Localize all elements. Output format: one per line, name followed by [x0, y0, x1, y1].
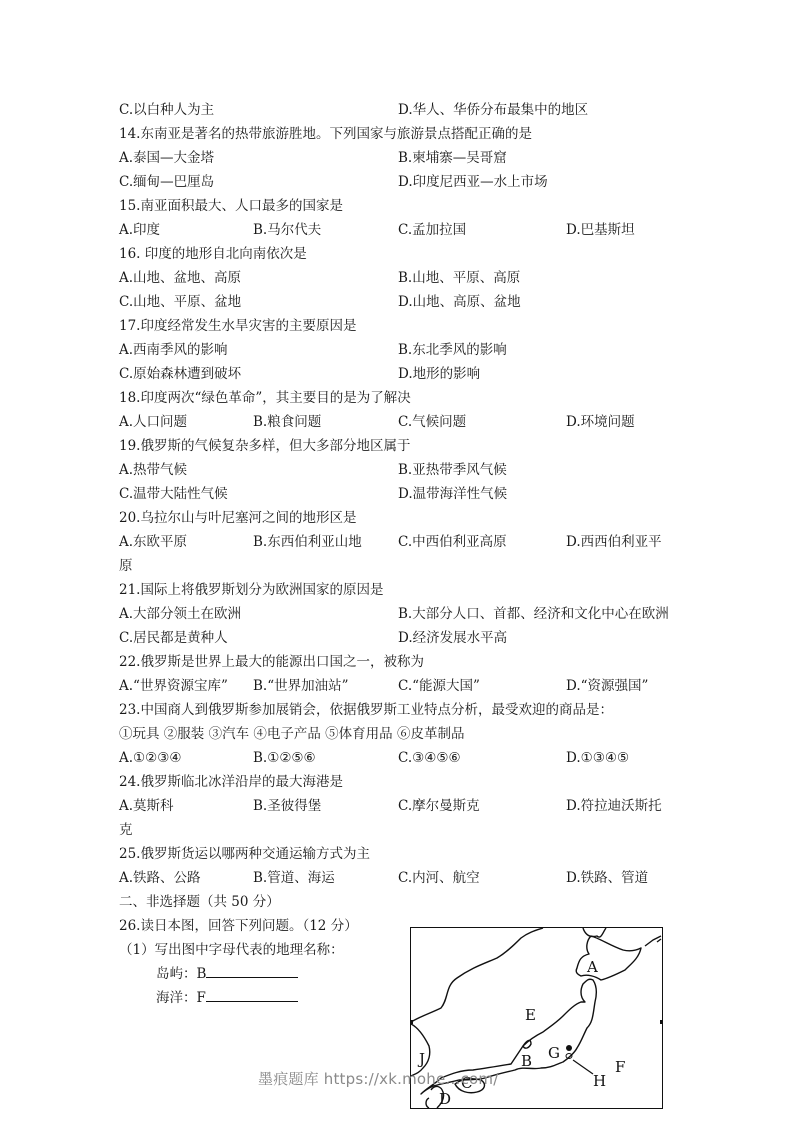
- question-stem: 24.俄罗斯临北冰洋沿岸的最大海港是: [119, 771, 343, 793]
- answer-option: B.管道、海运: [253, 867, 335, 889]
- map-label: J: [419, 1050, 425, 1068]
- answer-option: A.铁路、公路: [119, 867, 201, 889]
- answer-option: A.大部分领土在欧洲: [119, 603, 241, 625]
- answer-option: D.铁路、管道: [566, 867, 648, 889]
- question-stem: 26.读日本图，回答下列问题。（12 分）: [119, 915, 358, 937]
- watermark-text: 墨痕题库 https://xk.mohe…com/: [258, 1068, 498, 1089]
- map-label: B: [521, 1052, 532, 1070]
- answer-option: D.地形的影响: [398, 363, 480, 385]
- answer-options-row: A.人口问题B.粮食问题C.气候问题D.环境问题: [119, 411, 679, 433]
- answer-options-row: A.印度B.马尔代夫C.孟加拉国D.巴基斯坦: [119, 219, 679, 241]
- answer-option: D.华人、华侨分布最集中的地区: [398, 99, 588, 121]
- answer-options-row: C.温带大陆性气候D.温带海洋性气候: [119, 483, 679, 505]
- question-stem: 15.南亚面积最大、人口最多的国家是: [119, 195, 343, 217]
- question-stem: 20.乌拉尔山与叶尼塞河之间的地形区是: [119, 507, 356, 529]
- answer-option: C.原始森林遭到破坏: [119, 363, 241, 385]
- map-label: A: [587, 958, 598, 976]
- answer-option: B.亚热带季风气候: [398, 459, 507, 481]
- answer-option: C.居民都是黄种人: [119, 627, 228, 649]
- answer-options-row: A.①②③④B.①②⑤⑥C.③④⑤⑥D.①③④⑤: [119, 747, 679, 769]
- answer-options-row: C.缅甸—巴厘岛D.印度尼西亚—水上市场: [119, 171, 679, 193]
- answer-option: B.①②⑤⑥: [253, 747, 316, 769]
- answer-option: A.东欧平原: [119, 531, 187, 553]
- answer-option: C.③④⑤⑥: [398, 747, 461, 769]
- answer-option: D.温带海洋性气候: [398, 483, 507, 505]
- answer-option: C.缅甸—巴厘岛: [119, 171, 214, 193]
- answer-option: D.①③④⑤: [566, 747, 629, 769]
- answer-option: D.印度尼西亚—水上市场: [398, 171, 548, 193]
- answer-options-row: A.铁路、公路B.管道、海运C.内河、航空D.铁路、管道: [119, 867, 679, 889]
- answer-option: D.经济发展水平高: [398, 627, 507, 649]
- answer-options-row: A.泰国—大金塔B.柬埔寨—吴哥窟: [119, 147, 679, 169]
- answer-option: D.环境问题: [566, 411, 635, 433]
- answer-options-row: A.热带气候B.亚热带季风气候: [119, 459, 679, 481]
- fill-in-blank-row: 岛屿：B: [156, 963, 298, 985]
- answer-option: D.巴基斯坦: [566, 219, 635, 241]
- question-stem: 23.中国商人到俄罗斯参加展销会，依据俄罗斯工业特点分析，最受欢迎的商品是：: [119, 699, 613, 721]
- question-stem: 25.俄罗斯货运以哪两种交通运输方式为主: [119, 843, 370, 865]
- question-stem: 克: [119, 819, 133, 841]
- answer-options-row: A.“世界资源宝库”B.“世界加油站”C.“能源大国”D.“资源强国”: [119, 675, 679, 697]
- answer-options-row: A.西南季风的影响B.东北季风的影响: [119, 339, 679, 361]
- answer-option: D.“资源强国”: [566, 675, 648, 697]
- answer-options-row: A.山地、盆地、高原B.山地、平原、高原: [119, 267, 679, 289]
- answer-options-row: A.莫斯科B.圣彼得堡C.摩尔曼斯克D.符拉迪沃斯托: [119, 795, 679, 817]
- answer-option: C.孟加拉国: [398, 219, 466, 241]
- fill-in-blank-row: 海洋：F: [156, 987, 298, 1009]
- answer-option: B.东北季风的影响: [398, 339, 507, 361]
- answer-options-row: A.东欧平原B.东西伯利亚山地C.中西伯利亚高原D.西西伯利亚平: [119, 531, 679, 553]
- answer-option: A.“世界资源宝库”: [119, 675, 228, 697]
- map-label: H: [593, 1072, 606, 1090]
- answer-option: B.“世界加油站”: [253, 675, 349, 697]
- question-stem: 21.国际上将俄罗斯划分为欧洲国家的原因是: [119, 579, 383, 601]
- map-label: F: [615, 1058, 625, 1076]
- answer-option: A.人口问题: [119, 411, 187, 433]
- answer-option: C.摩尔曼斯克: [398, 795, 480, 817]
- map-label: D: [439, 1090, 451, 1108]
- answer-option: A.印度: [119, 219, 160, 241]
- answer-option: B.山地、平原、高原: [398, 267, 520, 289]
- question-stem: ①玩具 ②服装 ③汽车 ④电子产品 ⑤体育用品 ⑥皮革制品: [119, 723, 464, 745]
- question-stem: 原: [119, 555, 133, 577]
- question-stem: 22.俄罗斯是世界上最大的能源出口国之一，被称为: [119, 651, 424, 673]
- answer-options-row: C.原始森林遭到破坏D.地形的影响: [119, 363, 679, 385]
- answer-option: B.柬埔寨—吴哥窟: [398, 147, 507, 169]
- answer-options-row: C.以白种人为主D.华人、华侨分布最集中的地区: [119, 99, 679, 121]
- answer-option: C.山地、平原、盆地: [119, 291, 241, 313]
- answer-option: C.以白种人为主: [119, 99, 214, 121]
- answer-blank-line: [206, 963, 298, 978]
- answer-option: B.粮食问题: [253, 411, 321, 433]
- answer-option: A.西南季风的影响: [119, 339, 228, 361]
- answer-option: C.温带大陆性气候: [119, 483, 228, 505]
- answer-option: B.东西伯利亚山地: [253, 531, 362, 553]
- answer-options-row: A.大部分领土在欧洲B.大部分人口、首都、经济和文化中心在欧洲: [119, 603, 679, 625]
- answer-option: C.中西伯利亚高原: [398, 531, 507, 553]
- answer-option: D.西西伯利亚平: [566, 531, 662, 553]
- answer-option: C.“能源大国”: [398, 675, 480, 697]
- question-stem: （1）写出图中字母代表的地理名称：: [119, 939, 344, 961]
- blank-label: 海洋：F: [156, 990, 206, 1006]
- answer-option: A.泰国—大金塔: [119, 147, 214, 169]
- answer-blank-line: [206, 987, 298, 1002]
- answer-options-row: C.居民都是黄种人D.经济发展水平高: [119, 627, 679, 649]
- blank-label: 岛屿：B: [156, 966, 206, 982]
- answer-option: B.圣彼得堡: [253, 795, 321, 817]
- answer-options-row: C.山地、平原、盆地D.山地、高原、盆地: [119, 291, 679, 313]
- question-stem: 18.印度两次“绿色革命”，其主要目的是为了解决: [119, 387, 411, 409]
- answer-option: C.气候问题: [398, 411, 466, 433]
- question-stem: 17.印度经常发生水旱灾害的主要原因是: [119, 315, 356, 337]
- answer-option: C.内河、航空: [398, 867, 480, 889]
- question-stem: 二、非选择题（共 50 分）: [119, 891, 280, 913]
- question-stem: 19.俄罗斯的气候复杂多样，但大多部分地区属于: [119, 435, 410, 457]
- question-stem: 16. 印度的地形自北向南依次是: [119, 243, 307, 265]
- answer-option: B.马尔代夫: [253, 219, 321, 241]
- answer-option: D.符拉迪沃斯托: [566, 795, 662, 817]
- answer-option: B.大部分人口、首都、经济和文化中心在欧洲: [398, 603, 669, 625]
- question-stem: 14.东南亚是著名的热带旅游胜地。下列国家与旅游景点搭配正确的是: [119, 123, 532, 145]
- answer-option: A.①②③④: [119, 747, 181, 769]
- answer-option: D.山地、高原、盆地: [398, 291, 521, 313]
- map-label: E: [525, 1006, 536, 1024]
- answer-option: A.莫斯科: [119, 795, 174, 817]
- answer-option: A.山地、盆地、高原: [119, 267, 241, 289]
- answer-option: A.热带气候: [119, 459, 187, 481]
- map-label: G: [548, 1044, 560, 1062]
